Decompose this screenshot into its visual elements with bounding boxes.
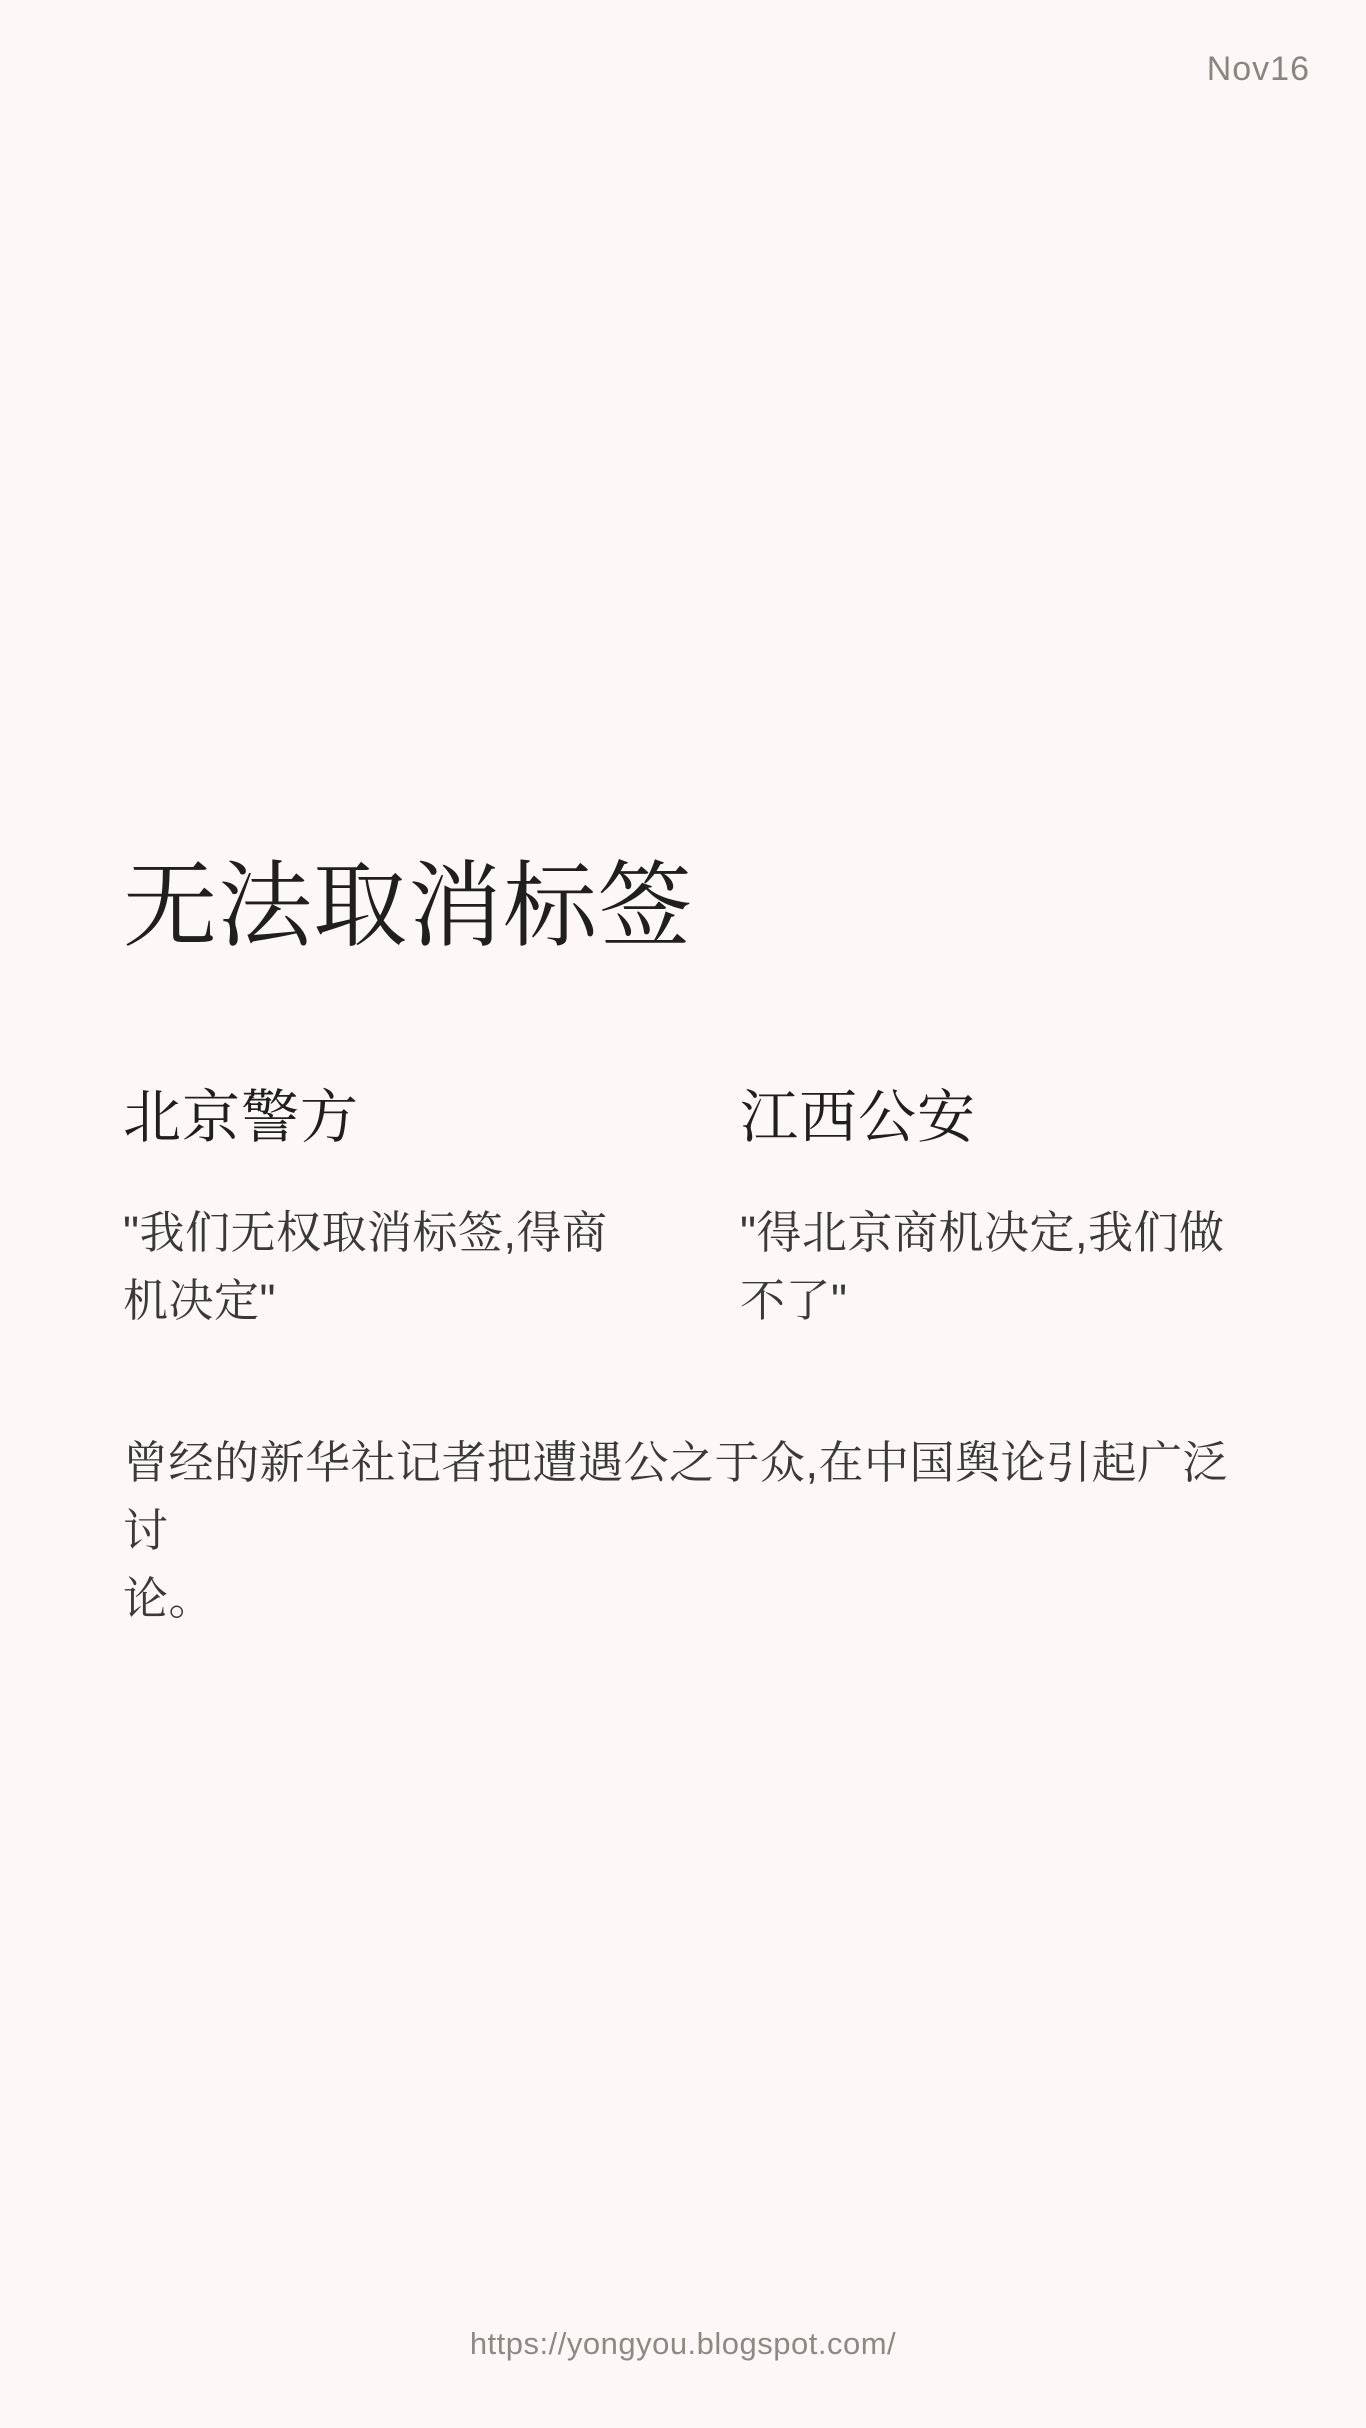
page-title: 无法取消标签 (123, 852, 693, 960)
footer-url: https://yongyou.blogspot.com/ (0, 2326, 1366, 2362)
date-label: Nov16 (1207, 50, 1310, 89)
quote-jiangxi-public-security: "得北京商机决定,我们做 不了" (740, 1199, 1280, 1335)
quote-columns: 北京警方 "我们无权取消标签,得商 机决定" 江西公安 "得北京商机决定,我们做… (123, 1083, 1283, 1335)
summary-paragraph: 曾经的新华社记者把遭遇公之于众,在中国舆论引起广泛讨 论。 (123, 1429, 1253, 1633)
quote-beijing-police: "我们无权取消标签,得商 机决定" (123, 1199, 740, 1335)
column-heading-jiangxi-public-security: 江西公安 (740, 1083, 1280, 1153)
column-jiangxi-public-security: 江西公安 "得北京商机决定,我们做 不了" (740, 1083, 1280, 1335)
column-beijing-police: 北京警方 "我们无权取消标签,得商 机决定" (123, 1083, 740, 1335)
column-heading-beijing-police: 北京警方 (123, 1083, 740, 1153)
